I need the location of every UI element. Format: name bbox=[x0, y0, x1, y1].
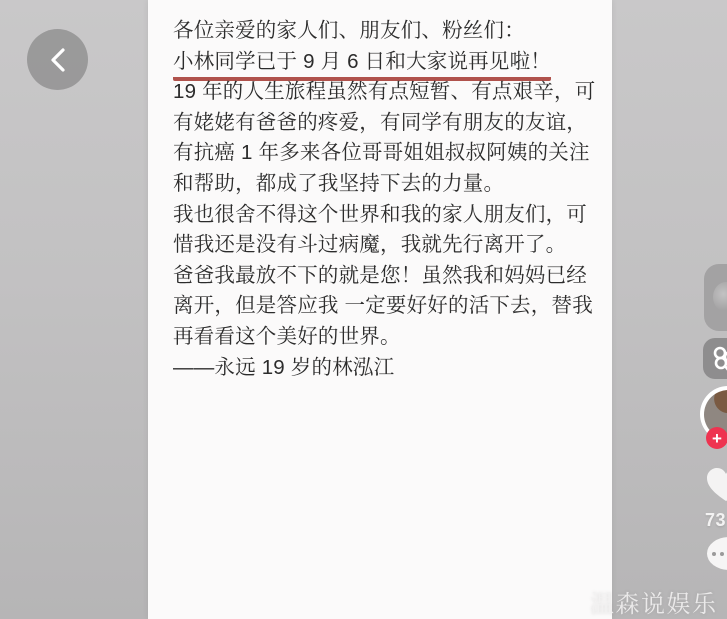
like-button[interactable] bbox=[704, 465, 727, 503]
post-text-line: 有抗癌 1 年多来各位哥哥姐姐叔叔阿姨的关注 bbox=[173, 138, 593, 169]
comment-button[interactable] bbox=[707, 537, 727, 570]
post-text-line: 19 年的人生旅程虽然有点短暂、有点艰辛，可 bbox=[173, 77, 593, 108]
post-text-line: 爸爸我最放不下的就是您！虽然我和妈妈已经 bbox=[173, 261, 593, 292]
ellipsis-dot bbox=[720, 552, 724, 556]
rounded-tile-icon[interactable] bbox=[704, 264, 727, 331]
post-text-line: 离开，但是答应我 一定要好好的活下去，替我 bbox=[173, 291, 593, 322]
post-text-line: 和帮助，都成了我坚持下去的力量。 bbox=[173, 169, 593, 200]
post-text-line: 惜我还是没有斗过病魔，我就先行离开了。 bbox=[173, 230, 593, 261]
flower-share-button[interactable] bbox=[703, 338, 727, 379]
post-text: 各位亲爱的家人们、朋友们、粉丝们： 小林同学已于 9 月 6 日和大家说再见啦！… bbox=[173, 16, 593, 383]
flower-share-icon bbox=[703, 344, 727, 374]
watermark-text: 温森说娱乐 bbox=[590, 584, 718, 619]
post-text-line: 再看看这个美好的世界。 bbox=[173, 322, 593, 353]
post-card: 各位亲爱的家人们、朋友们、粉丝们： 小林同学已于 9 月 6 日和大家说再见啦！… bbox=[148, 0, 612, 619]
post-text-line: 小林同学已于 9 月 6 日和大家说再见啦！ bbox=[173, 47, 593, 78]
back-button[interactable] bbox=[27, 29, 88, 90]
plus-icon: + bbox=[712, 430, 722, 447]
post-text-line: ——永远 19 岁的林泓江 bbox=[173, 353, 593, 384]
post-text-line: 各位亲爱的家人们、朋友们、粉丝们： bbox=[173, 16, 593, 47]
post-text-line: 有姥姥有爸爸的疼爱，有同学有朋友的友谊， bbox=[173, 108, 593, 139]
post-text-line: 我也很舍不得这个世界和我的家人朋友们，可 bbox=[173, 200, 593, 231]
chevron-left-icon bbox=[47, 47, 69, 73]
ellipsis-dot bbox=[712, 552, 716, 556]
heart-icon bbox=[704, 490, 727, 507]
video-screen: { "nav": { "back_icon": "chevron-left-ic… bbox=[0, 0, 727, 619]
like-count: 73 bbox=[705, 510, 726, 531]
follow-plus-button[interactable]: + bbox=[706, 427, 727, 449]
